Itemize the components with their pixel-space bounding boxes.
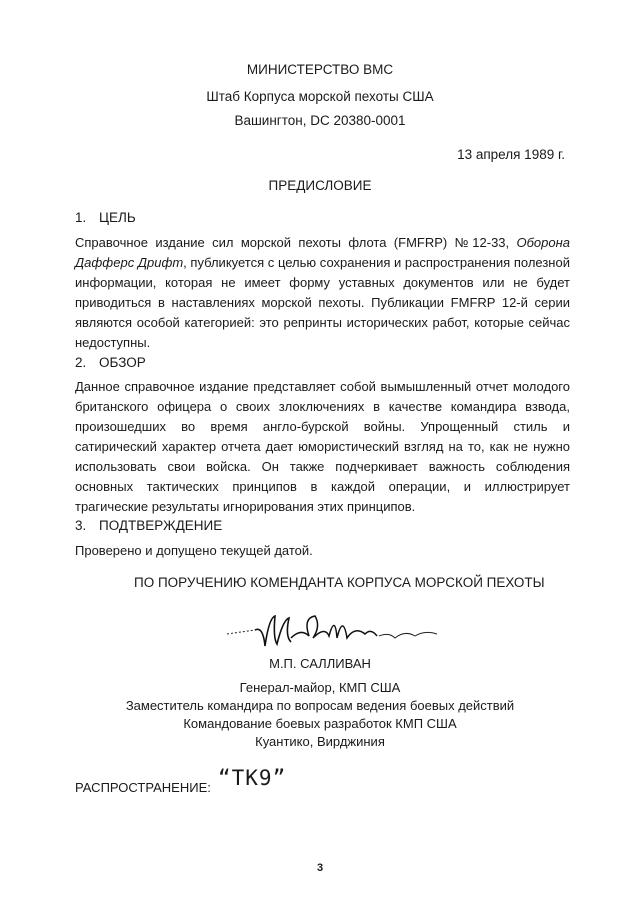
- signatory-rank: Генерал-майор, КМП США: [0, 679, 640, 697]
- section-1-body: Справочное издание сил морской пехоты фл…: [75, 233, 570, 353]
- section-2-body: Данное справочное издание представляет с…: [75, 377, 570, 517]
- section-number: 2.: [75, 355, 99, 370]
- section-title: ОБЗОР: [99, 355, 146, 370]
- distribution-code: “TK9”: [218, 766, 286, 790]
- section-title: ЦЕЛЬ: [99, 210, 136, 225]
- signatory-location: Куантико, Вирджиния: [0, 733, 640, 751]
- section-2-heading: 2.ОБЗОР: [75, 355, 146, 370]
- signatory-command: Командование боевых разработок КМП США: [0, 715, 640, 733]
- page-number: 3: [0, 862, 640, 874]
- authority-line: ПО ПОРУЧЕНИЮ КОМЕНДАНТА КОРПУСА МОРСКОЙ …: [134, 575, 545, 590]
- section-number: 3.: [75, 518, 99, 533]
- signatory-name: М.П. САЛЛИВАН: [0, 655, 640, 673]
- address-line: Вашингтон, DC 20380-0001: [0, 113, 640, 128]
- section-1-heading: 1.ЦЕЛЬ: [75, 210, 136, 225]
- signature-image: [225, 608, 445, 656]
- section-title: ПОДТВЕРЖДЕНИЕ: [99, 518, 222, 533]
- page-title: ПРЕДИСЛОВИЕ: [0, 178, 640, 193]
- headquarters-line: Штаб Корпуса морской пехоты США: [0, 89, 640, 104]
- section-3-body: Проверено и допущено текущей датой.: [75, 541, 570, 561]
- document-date: 13 апреля 1989 г.: [457, 147, 565, 162]
- ministry-line: МИНИСТЕРСТВО ВМС: [0, 62, 640, 77]
- signatory-position: Заместитель командира по вопросам ведени…: [0, 697, 640, 715]
- body-text: Справочное издание сил морской пехоты фл…: [75, 235, 517, 250]
- section-3-heading: 3.ПОДТВЕРЖДЕНИЕ: [75, 518, 222, 533]
- distribution-label: РАСПРОСТРАНЕНИЕ:: [75, 780, 211, 795]
- section-number: 1.: [75, 210, 99, 225]
